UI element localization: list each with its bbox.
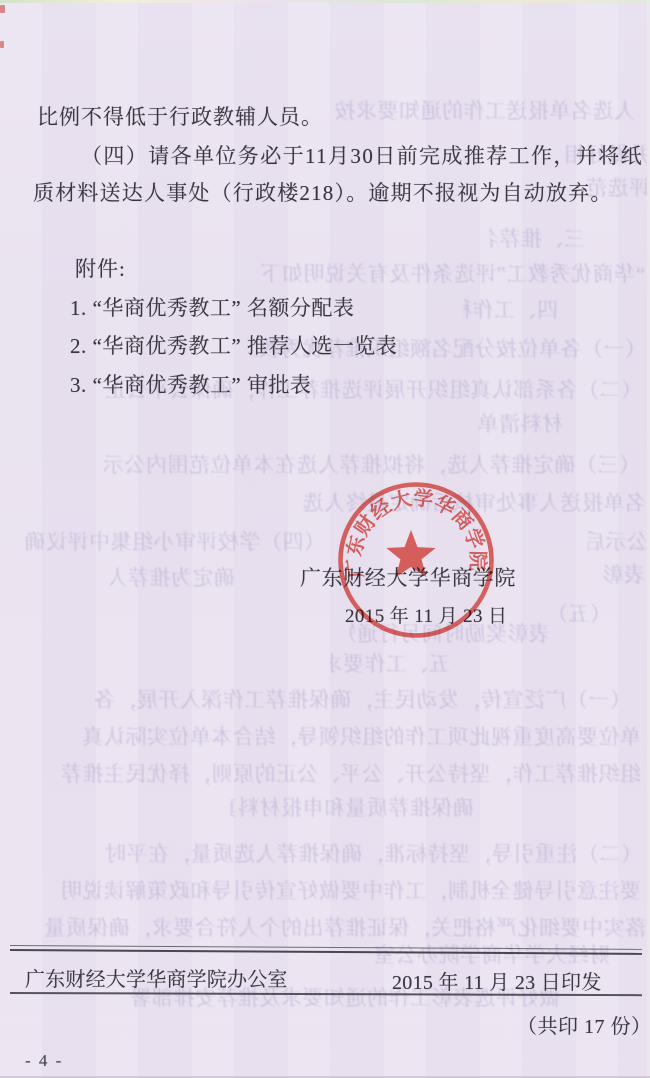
ghost-text-line: 确定为推荐人选	[110, 566, 235, 592]
scan-speck	[0, 5, 5, 13]
ghost-text-line: （三）确定推荐人选，将拟推荐人选在本单位范围内公示	[23, 453, 640, 479]
scan-speck	[0, 41, 4, 48]
ghost-text-line: 确保推荐质量和申报材料真实	[230, 796, 474, 822]
ghost-text-line: （一）广泛宣传，发动民主，确保推荐工作深入开展，各	[35, 688, 631, 714]
ghost-text-line: 五、工作要求	[330, 652, 450, 678]
seal-star-icon	[386, 530, 435, 577]
body-paragraph-line: 比例不得低于行政教辅人员。	[37, 101, 323, 131]
attachment-item: 3. “华商优秀教工” 审批表	[70, 369, 311, 399]
ghost-text-line: 四、工作程序	[463, 298, 558, 324]
attachments-label: 附件:	[75, 253, 126, 283]
ghost-text-line: 单位要高度重视此项工作的组织领导，结合本单位实际认真	[25, 725, 641, 751]
footer-copies-count: （共印 17 份）	[517, 1010, 650, 1039]
ghost-text-line: （二）注重引导，坚持标准，确保推荐人选质量，在平时	[30, 842, 642, 868]
ghost-text-line: 材料清单	[477, 412, 563, 438]
attachment-item: 2. “华商优秀教工” 推荐人选一览表	[70, 330, 397, 360]
scan-edge-top	[0, 0, 650, 3]
page-number: - 4 -	[25, 1051, 63, 1071]
ghost-text-line: “华商优秀教工”评选条件及有关说明如下	[245, 262, 645, 288]
footer-print-date: 2015 年 11 月 23 日印发	[392, 966, 602, 995]
ghost-text-line: 三、推荐名额	[490, 227, 585, 253]
ghost-text-line: 要注意引导健全机制，工作中要做好宣传引导和政策解读说明	[25, 879, 641, 905]
ghost-text-line: 人选名单报送工作的通知要求按时	[333, 99, 635, 125]
ghost-text-line: 组织推荐工作，坚持公开、公平、公正的原则，择优民主推荐	[25, 762, 641, 788]
ghost-text-line: 落实中要细化严格把关，保证推荐出的个人符合要求，确保质量	[30, 916, 646, 942]
ghost-text-line: 公示后	[588, 530, 648, 556]
footer-issuing-office: 广东财经大学华商学院办公室	[25, 963, 288, 992]
attachment-item: 1. “华商优秀教工” 名额分配表	[70, 292, 354, 322]
document-page: 人选名单报送工作的通知要求按时并做好相评选范三、推荐名额“华商优秀教工”评选条件…	[0, 0, 650, 1078]
body-paragraph-line: （四）请各单位务必于11月30日前完成推荐工作，并将纸	[81, 140, 643, 170]
ghost-text-line: （四）学校评审小组集中评议确定表彰	[25, 530, 325, 556]
body-paragraph-line: 质材料送达人事处（行政楼218）。逾期不报视为自动放弃。	[33, 177, 613, 207]
official-seal-stamp: 广东财经大学华商学院	[334, 478, 498, 642]
ghost-text-line: 表彰	[597, 563, 645, 589]
